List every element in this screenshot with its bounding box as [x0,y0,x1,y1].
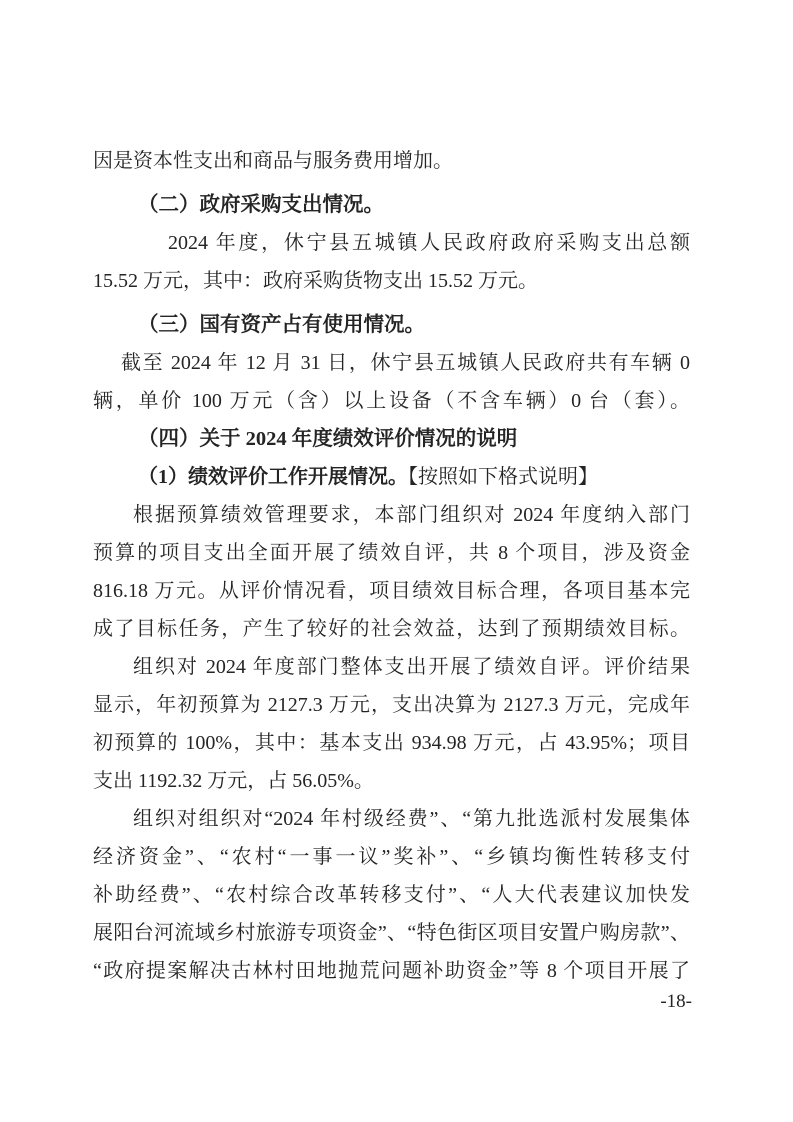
section4-heading: （四）关于 2024 年度绩效评价情况的说明 [93,420,690,458]
para-project-self-eval-line-4: 成了目标任务，产生了较好的社会效益，达到了预期绩效目标。 [93,610,690,648]
para-project-self-eval-line-2: 预算的项目支出全面开展了绩效自评，共 8 个项目，涉及资金 [93,534,690,572]
section4-sub1-heading: （1）绩效评价工作开展情况。 [138,466,408,488]
para-project-list-line-4: 展阳台河流域乡村旅游专项资金”、“特色街区项目安置户购房款”、 [93,914,690,952]
section2-line-1: 2024 年度，休宁县五城镇人民政府政府采购支出总额 [93,224,690,262]
para-overall-self-eval-line-2: 显示，年初预算为 2127.3 万元，支出决算为 2127.3 万元，完成年 [93,686,690,724]
section4-sub1-heading-line: （1）绩效评价工作开展情况。【按照如下格式说明】 [93,458,690,496]
para-project-list-line-3: 补助经费”、“农村综合改革转移支付”、“人大代表建议加快发 [93,876,690,914]
para-overall-self-eval-line-4: 支出 1192.32 万元，占 56.05%。 [93,762,690,800]
para-project-self-eval-line-3: 816.18 万元。从评价情况看，项目绩效目标合理，各项目基本完 [93,572,690,610]
document-body: 因是资本性支出和商品与服务费用增加。 （二）政府采购支出情况。 2024 年度，… [93,142,690,990]
section2-heading: （二）政府采购支出情况。 [93,186,690,224]
section4-sub1-format-note: 【按照如下格式说明】 [408,466,598,488]
section3-line-1: 截至 2024 年 12 月 31 日，休宁县五城镇人民政府共有车辆 0 [93,344,690,382]
page-number: -18- [93,990,692,1014]
para-project-list-line-1: 组织对组织对“2024 年村级经费”、“第九批选派村发展集体 [93,800,690,838]
section3-heading: （三）国有资产占有使用情况。 [93,306,690,344]
para-overall-self-eval-line-1: 组织对 2024 年度部门整体支出开展了绩效自评。评价结果 [93,648,690,686]
document-page: 因是资本性支出和商品与服务费用增加。 （二）政府采购支出情况。 2024 年度，… [0,0,793,1122]
para-project-self-eval-line-1: 根据预算绩效管理要求，本部门组织对 2024 年度纳入部门 [93,496,690,534]
para-project-list-line-5: “政府提案解决古林村田地抛荒问题补助资金”等 8 个项目开展了 [93,952,690,990]
carryover-text-line: 因是资本性支出和商品与服务费用增加。 [93,142,690,180]
section2-line-2: 15.52 万元，其中：政府采购货物支出 15.52 万元。 [93,262,690,300]
para-project-list-line-2: 经济资金”、“农村“一事一议”奖补”、“乡镇均衡性转移支付 [93,838,690,876]
para-overall-self-eval-line-3: 初预算的 100%，其中：基本支出 934.98 万元，占 43.95%；项目 [93,724,690,762]
section3-line-2: 辆，单价 100 万元（含）以上设备（不含车辆）0 台（套）。 [93,382,690,420]
